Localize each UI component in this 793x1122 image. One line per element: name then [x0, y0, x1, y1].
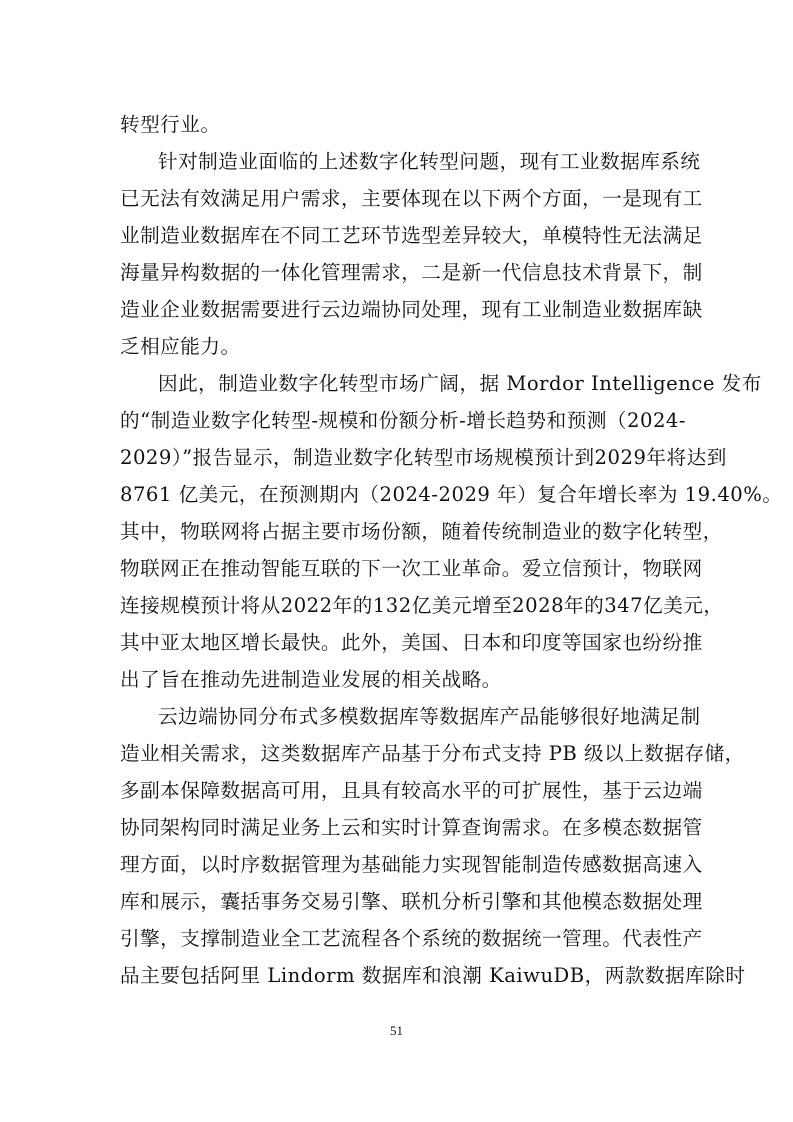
- text-line: 其中亚太地区增长最快。此外，美国、日本和印度等国家也纷纷推: [120, 631, 673, 655]
- text-line: 海量异构数据的一体化管理需求，二是新一代信息技术背景下，制: [120, 261, 673, 285]
- text-line: 造业相关需求，这类数据库产品基于分布式支持 PB 级以上数据存储，: [120, 742, 673, 766]
- text-line: 物联网正在推动智能互联的下一次工业革命。爱立信预计，物联网: [120, 557, 673, 581]
- page-number: 51: [0, 1023, 793, 1039]
- text-line: 因此，制造业数字化转型市场广阔，据 Mordor Intelligence 发布: [158, 372, 673, 396]
- text-line: 协同架构同时满足业务上云和实时计算查询需求。在多模态数据管: [120, 816, 673, 840]
- text-line: 出了旨在推动先进制造业发展的相关战略。: [120, 668, 673, 692]
- text-line: 8761 亿美元，在预测期内（2024-2029 年）复合年增长率为 19.40…: [120, 483, 673, 507]
- text-line: 云边端协同分布式多模数据库等数据库产品能够很好地满足制: [158, 705, 673, 729]
- text-line: 造业企业数据需要进行云边端协同处理，现有工业制造业数据库缺: [120, 298, 673, 322]
- text-line: 2029）”报告显示，制造业数字化转型市场规模预计到2029年将达到: [120, 446, 673, 470]
- text-line: 转型行业。: [120, 113, 673, 137]
- text-line: 理方面，以时序数据管理为基础能力实现智能制造传感数据高速入: [120, 853, 673, 877]
- text-line: 连接规模预计将从2022年的132亿美元增至2028年的347亿美元，: [120, 594, 673, 618]
- text-line: 品主要包括阿里 Lindorm 数据库和浪潮 KaiwuDB，两款数据库除时: [120, 964, 673, 988]
- text-line: 的“制造业数字化转型-规模和份额分析-增长趋势和预测（2024-: [120, 409, 673, 433]
- text-line: 乏相应能力。: [120, 335, 673, 359]
- text-line: 针对制造业面临的上述数字化转型问题，现有工业数据库系统: [158, 150, 673, 174]
- text-line: 其中，物联网将占据主要市场份额，随着传统制造业的数字化转型，: [120, 520, 673, 544]
- text-line: 已无法有效满足用户需求，主要体现在以下两个方面，一是现有工: [120, 187, 673, 211]
- text-line: 库和展示，囊括事务交易引擎、联机分析引擎和其他模态数据处理: [120, 890, 673, 914]
- text-line: 业制造业数据库在不同工艺环节选型差异较大，单模特性无法满足: [120, 224, 673, 248]
- text-line: 多副本保障数据高可用，且具有较高水平的可扩展性，基于云边端: [120, 779, 673, 803]
- text-line: 引擎，支撑制造业全工艺流程各个系统的数据统一管理。代表性产: [120, 927, 673, 951]
- document-page: 转型行业。针对制造业面临的上述数字化转型问题，现有工业数据库系统已无法有效满足用…: [0, 0, 793, 1122]
